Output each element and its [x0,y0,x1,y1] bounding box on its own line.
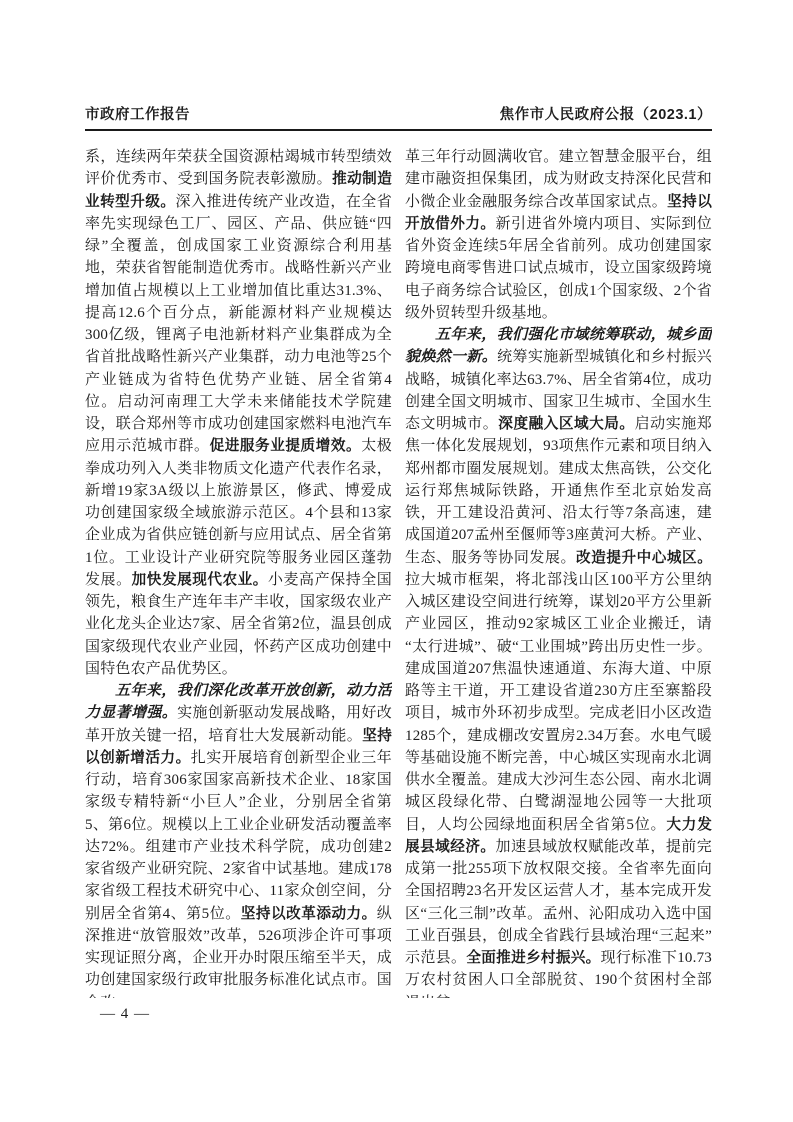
header-divider [85,129,712,131]
body-columns: 系，连续两年荣获全国资源枯竭城市转型绩效评价优秀市、受到国务院表彰激励。推动制造… [85,146,712,998]
text-segment: 拉大城市框架，将北部浅山区100平方公里纳入城区建设空间进行统筹，谋划20平方公… [405,572,712,833]
column-right: 革三年行动圆满收官。建立智慧金服平台，组建市融资担保集团，成为财政支持深化民营和… [405,146,712,998]
column-left: 系，连续两年荣获全国资源枯竭城市转型绩效评价优秀市、受到国务院表彰激励。推动制造… [85,146,392,998]
text-segment: 扎实开展培育创新型企业三年行动，培育306家国家高新技术企业、18家国家级专精特… [85,750,392,922]
text-segment: 太极拳成功列入人类非物质文化遗产代表作名录，新增19家3A级以上旅游景区，修武、… [85,438,392,588]
text-segment: 加速县域放权赋能改革，提前完成第一批255项下放权限交接。全省率先面向全国招聘2… [405,839,712,966]
text-segment: 全面推进乡村振兴。 [466,950,600,966]
text-segment: 革三年行动圆满收官。建立智慧金服平台，组建市融资担保集团，成为财政支持深化民营和… [405,149,712,210]
text-segment: 改造提升中心城区。 [576,550,712,566]
text-segment: 启动实施郑焦一体化发展规划，93项焦作元素和项目纳入郑州都市圈发展规划。建成太焦… [405,416,712,566]
header-left-title: 市政府工作报告 [85,103,190,124]
text-segment: 坚持以改革添动力。 [241,906,377,922]
page-number: — 4 — [100,1006,150,1023]
paragraph: 五年来，我们深化改革开放创新，动力活力显著增强。实施创新驱动发展战略，用好改革开… [85,680,392,998]
text-segment: 加快发展现代农业。 [132,572,268,588]
text-segment: 深入推进传统产业改造，在全省率先实现绿色工厂、园区、产品、供应链“四绿”全覆盖，… [85,194,392,455]
document-page: 市政府工作报告 焦作市人民政府公报（2023.1） 系，连续两年荣获全国资源枯竭… [0,0,793,1122]
text-segment: 促进服务业提质增效。 [210,438,362,454]
paragraph: 革三年行动圆满收官。建立智慧金服平台，组建市融资担保集团，成为财政支持深化民营和… [405,146,712,324]
paragraph: 五年来，我们强化市域统筹联动，城乡面貌焕然一新。统筹实施新型城镇化和乡村振兴战略… [405,324,712,998]
paragraph: 系，连续两年荣获全国资源枯竭城市转型绩效评价优秀市、受到国务院表彰激励。推动制造… [85,146,392,680]
page-header: 市政府工作报告 焦作市人民政府公报（2023.1） [85,103,712,124]
text-segment: 深度融入区域大局。 [498,416,634,432]
header-right-title: 焦作市人民政府公报（2023.1） [500,103,712,124]
